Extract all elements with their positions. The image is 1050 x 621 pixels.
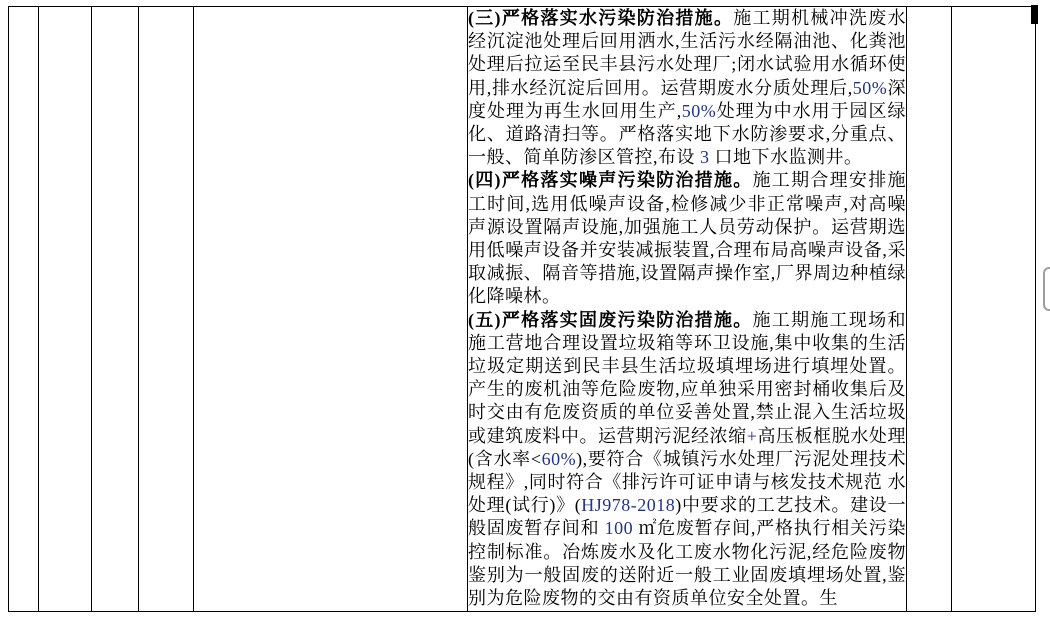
eia-measures-table: (三)严格落实水污染防治措施。施工期机械冲洗废水经沉淀池处理后回用洒水,生活污水… xyxy=(8,6,1036,612)
empty-cell-7 xyxy=(952,7,1036,612)
para-solid-waste-measures: (五)严格落实固废污染防治措施。施工期施工现场和施工营地合理设置垃圾箱等环卫设施… xyxy=(468,309,906,611)
empty-cell-1 xyxy=(9,7,39,612)
empty-cell-6 xyxy=(907,7,952,612)
empty-cell-5 xyxy=(194,7,468,612)
measures-text-cell: (三)严格落实水污染防治措施。施工期机械冲洗废水经沉淀池处理后回用洒水,生活污水… xyxy=(468,7,907,612)
empty-cell-4 xyxy=(139,7,194,612)
table-row: (三)严格落实水污染防治措施。施工期机械冲洗废水经沉淀池处理后回用洒水,生活污水… xyxy=(9,7,1036,612)
document-page: (三)严格落实水污染防治措施。施工期机械冲洗废水经沉淀池处理后回用洒水,生活污水… xyxy=(0,0,1050,621)
empty-cell-2 xyxy=(39,7,92,612)
table-corner-mark xyxy=(1031,5,1038,24)
empty-cell-3 xyxy=(92,7,139,612)
scrollbar-thumb[interactable] xyxy=(1043,267,1050,311)
para-water-pollution-measures: (三)严格落实水污染防治措施。施工期机械冲洗废水经沉淀池处理后回用洒水,生活污水… xyxy=(468,7,906,169)
para-noise-pollution-measures: (四)严格落实噪声污染防治措施。施工期合理安排施工时间,选用低噪声设备,检修减少… xyxy=(468,169,906,308)
